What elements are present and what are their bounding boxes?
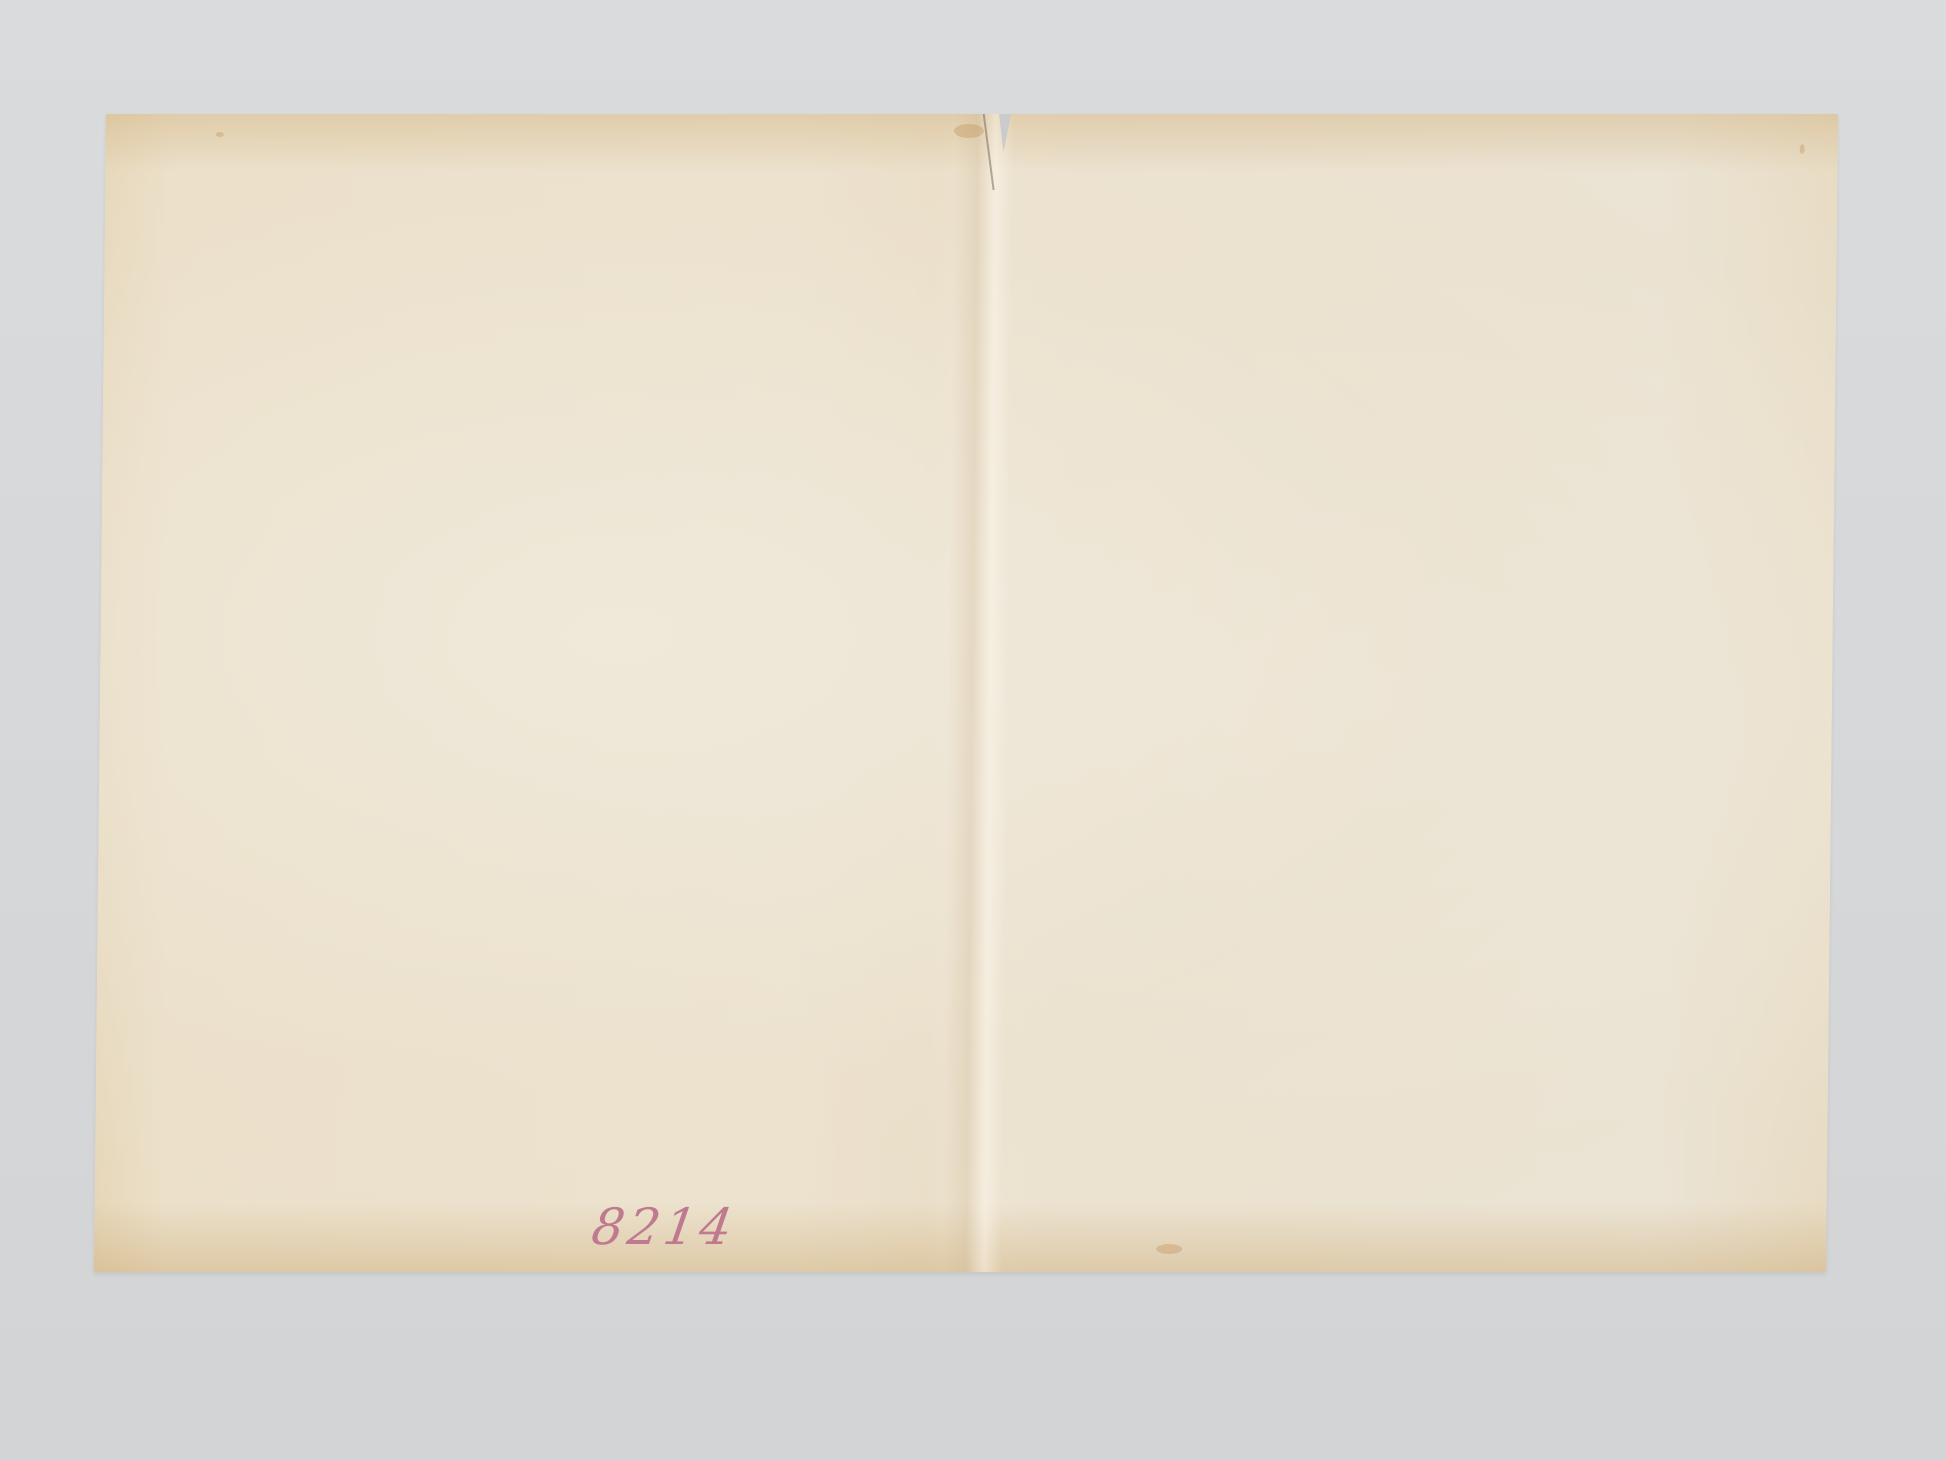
center-fold [942,114,1014,1272]
handwritten-number: 8214 [588,1198,740,1256]
paper-sheet: 8214 [94,114,1838,1272]
stain-mark [216,132,224,137]
stain-mark [1800,144,1805,154]
stain-mark [1156,1244,1182,1254]
stain-mark [954,124,984,138]
